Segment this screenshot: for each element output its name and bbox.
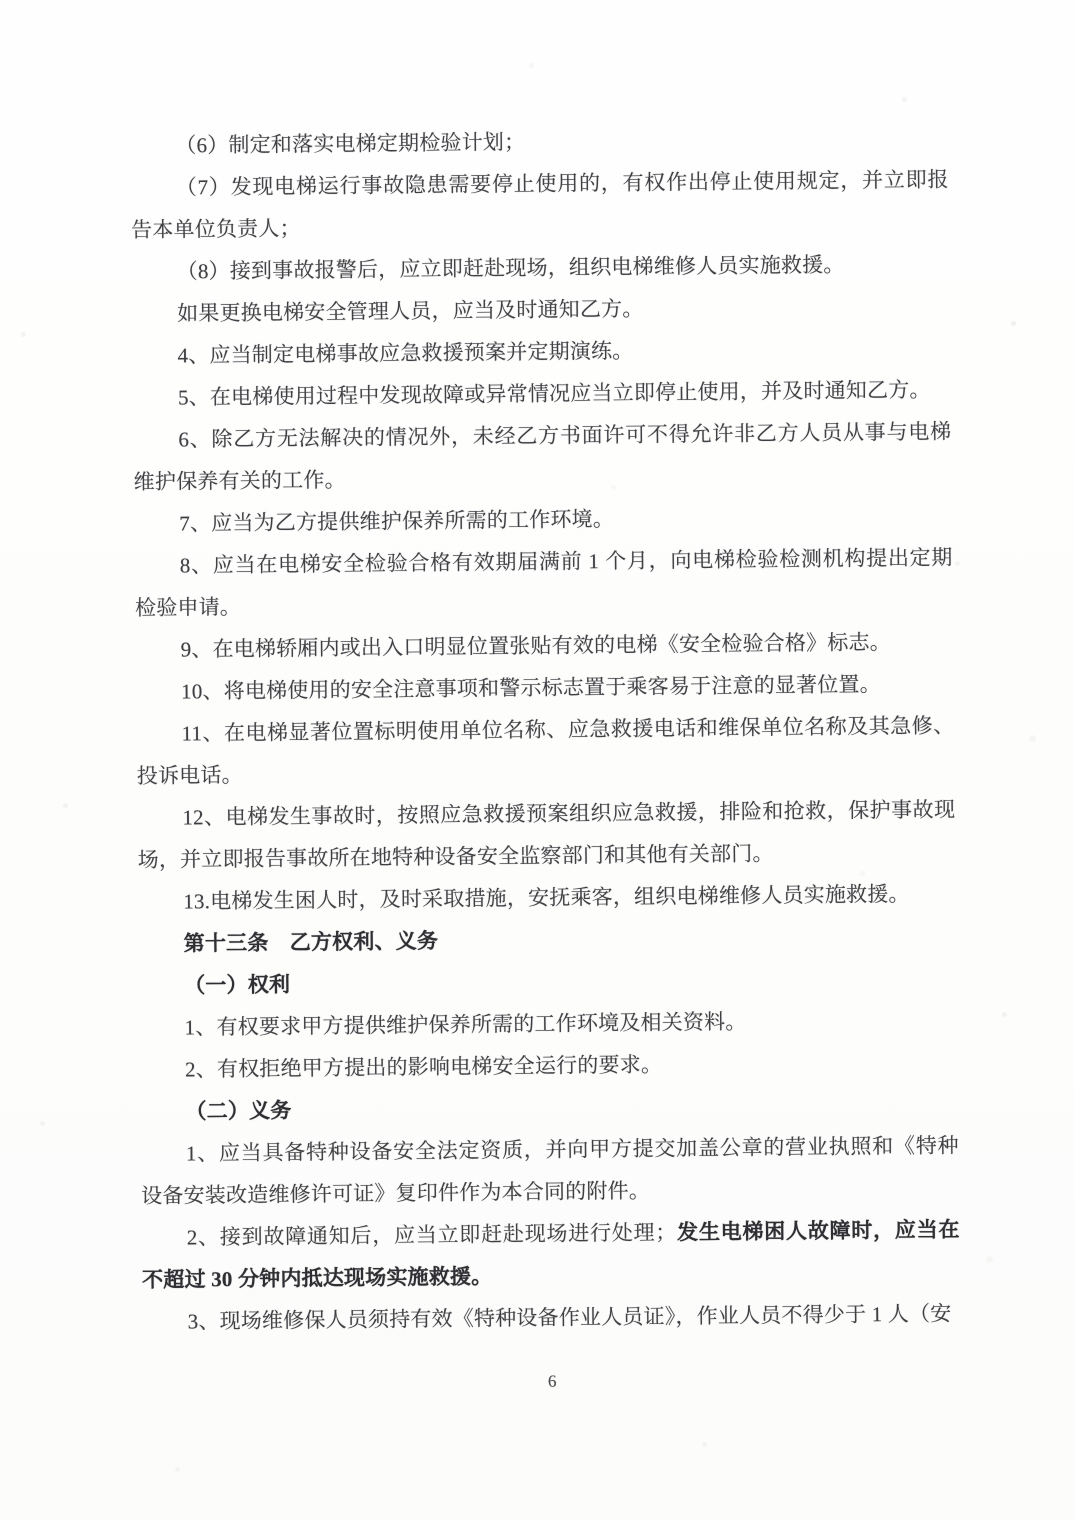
text-run: 5、在电梯使用过程中发现故障或异常情况应当立即停止使用，并及时通知乙方。: [178, 378, 931, 410]
contract-clause: 8、应当在电梯安全检验合格有效期届满前 1 个月，向电梯检验检测机构提出定期检验…: [134, 536, 953, 629]
text-run: 1、有权要求甲方提供维护保养所需的工作环境及相关资料。: [184, 1010, 746, 1040]
page-footer: 6: [143, 1356, 961, 1407]
text-run: 12、电梯发生事故时，按照应急救援预案组织应急救援，排险和抢救，保护事故现场，并…: [138, 797, 956, 872]
contract-clause: 13.电梯发生困人时，及时采取措施，安抚乘客，组织电梯维修人员实施救援。: [138, 872, 956, 923]
text-run: 7、应当为乙方提供维护保养所需的工作环境。: [179, 507, 614, 536]
text-run: 2、接到故障通知后，应当立即赶赴现场进行处理；: [187, 1220, 677, 1249]
contract-clause: 3、现场维修保人员须持有效《特种设备作业人员证》，作业人员不得少于 1 人（安: [142, 1292, 960, 1343]
text-run: 1、应当具备特种设备安全法定资质，并向甲方提交加盖公章的营业执照和《特种设备安装…: [141, 1133, 959, 1208]
text-run: 9、在电梯轿厢内或出入口明显位置张贴有效的电梯《安全检验合格》标志。: [181, 630, 892, 661]
text-run: 4、应当制定电梯事故应急救援预案并定期演练。: [177, 339, 633, 368]
text-run: （6）制定和落实电梯定期检验计划；: [175, 130, 525, 158]
page-number: 6: [548, 1372, 557, 1391]
text-run: （一）权利: [184, 972, 290, 997]
text-run: 如果更换电梯安全管理人员，应当及时通知乙方。: [177, 297, 644, 326]
contract-clause: （8）接到事故报警后，应立即赶赴现场，组织电梯维修人员实施救援。: [131, 242, 949, 293]
text-run: 10、将电梯使用的安全注意事项和警示标志置于乘客易于注意的显著位置。: [181, 672, 881, 703]
contract-body: （6）制定和落实电梯定期检验计划；（7）发现电梯运行事故隐患需要停止使用的，有权…: [130, 116, 961, 1406]
contract-clause: 2、接到故障通知后，应当立即赶赴现场进行处理；发生电梯困人故障时，应当在不超过 …: [141, 1208, 960, 1301]
text-run: （7）发现电梯运行事故隐患需要停止使用的，有权作出停止使用规定，并立即报告本单位…: [131, 167, 949, 242]
text-run: 2、有权拒绝甲方提出的影响电梯安全运行的要求。: [185, 1052, 662, 1081]
text-run: 6、除乙方无法解决的情况外，未经乙方书面许可不得允许非乙方人员从事与电梯维护保养…: [134, 419, 952, 494]
text-run: 13.电梯发生困人时，及时采取措施，安抚乘客，组织电梯维修人员实施救援。: [183, 882, 910, 914]
text-run: 3、现场维修保人员须持有效《特种设备作业人员证》，作业人员不得少于 1 人（安: [188, 1301, 952, 1333]
text-run: （8）接到事故报警后，应立即赶赴现场，组织电梯维修人员实施救援。: [177, 253, 845, 284]
text-run: 11、在电梯显著位置标明使用单位名称、应急救援电话和维保单位名称及其急修、投诉电…: [137, 713, 955, 788]
text-run: 第十三条 乙方权利、义务: [184, 929, 439, 956]
text-run: （二）义务: [185, 1098, 291, 1123]
contract-clause: （7）发现电梯运行事故隐患需要停止使用的，有权作出停止使用规定，并立即报告本单位…: [130, 158, 949, 251]
contract-clause: 6、除乙方无法解决的情况外，未经乙方书面许可不得允许非乙方人员从事与电梯维护保养…: [133, 410, 952, 503]
scan-noise: [0, 0, 3, 3]
document-page: （6）制定和落实电梯定期检验计划；（7）发现电梯运行事故隐患需要停止使用的，有权…: [0, 0, 1074, 1520]
contract-clause: 12、电梯发生事故时，按照应急救援预案组织应急救援，排险和抢救，保护事故现场，并…: [137, 788, 956, 881]
contract-clause: 11、在电梯显著位置标明使用单位名称、应急救援电话和维保单位名称及其急修、投诉电…: [136, 704, 955, 797]
text-run: 8、应当在电梯安全检验合格有效期届满前 1 个月，向电梯检验检测机构提出定期检验…: [135, 545, 953, 620]
contract-clause: 1、应当具备特种设备安全法定资质，并向甲方提交加盖公章的营业执照和《特种设备安装…: [141, 1124, 960, 1217]
